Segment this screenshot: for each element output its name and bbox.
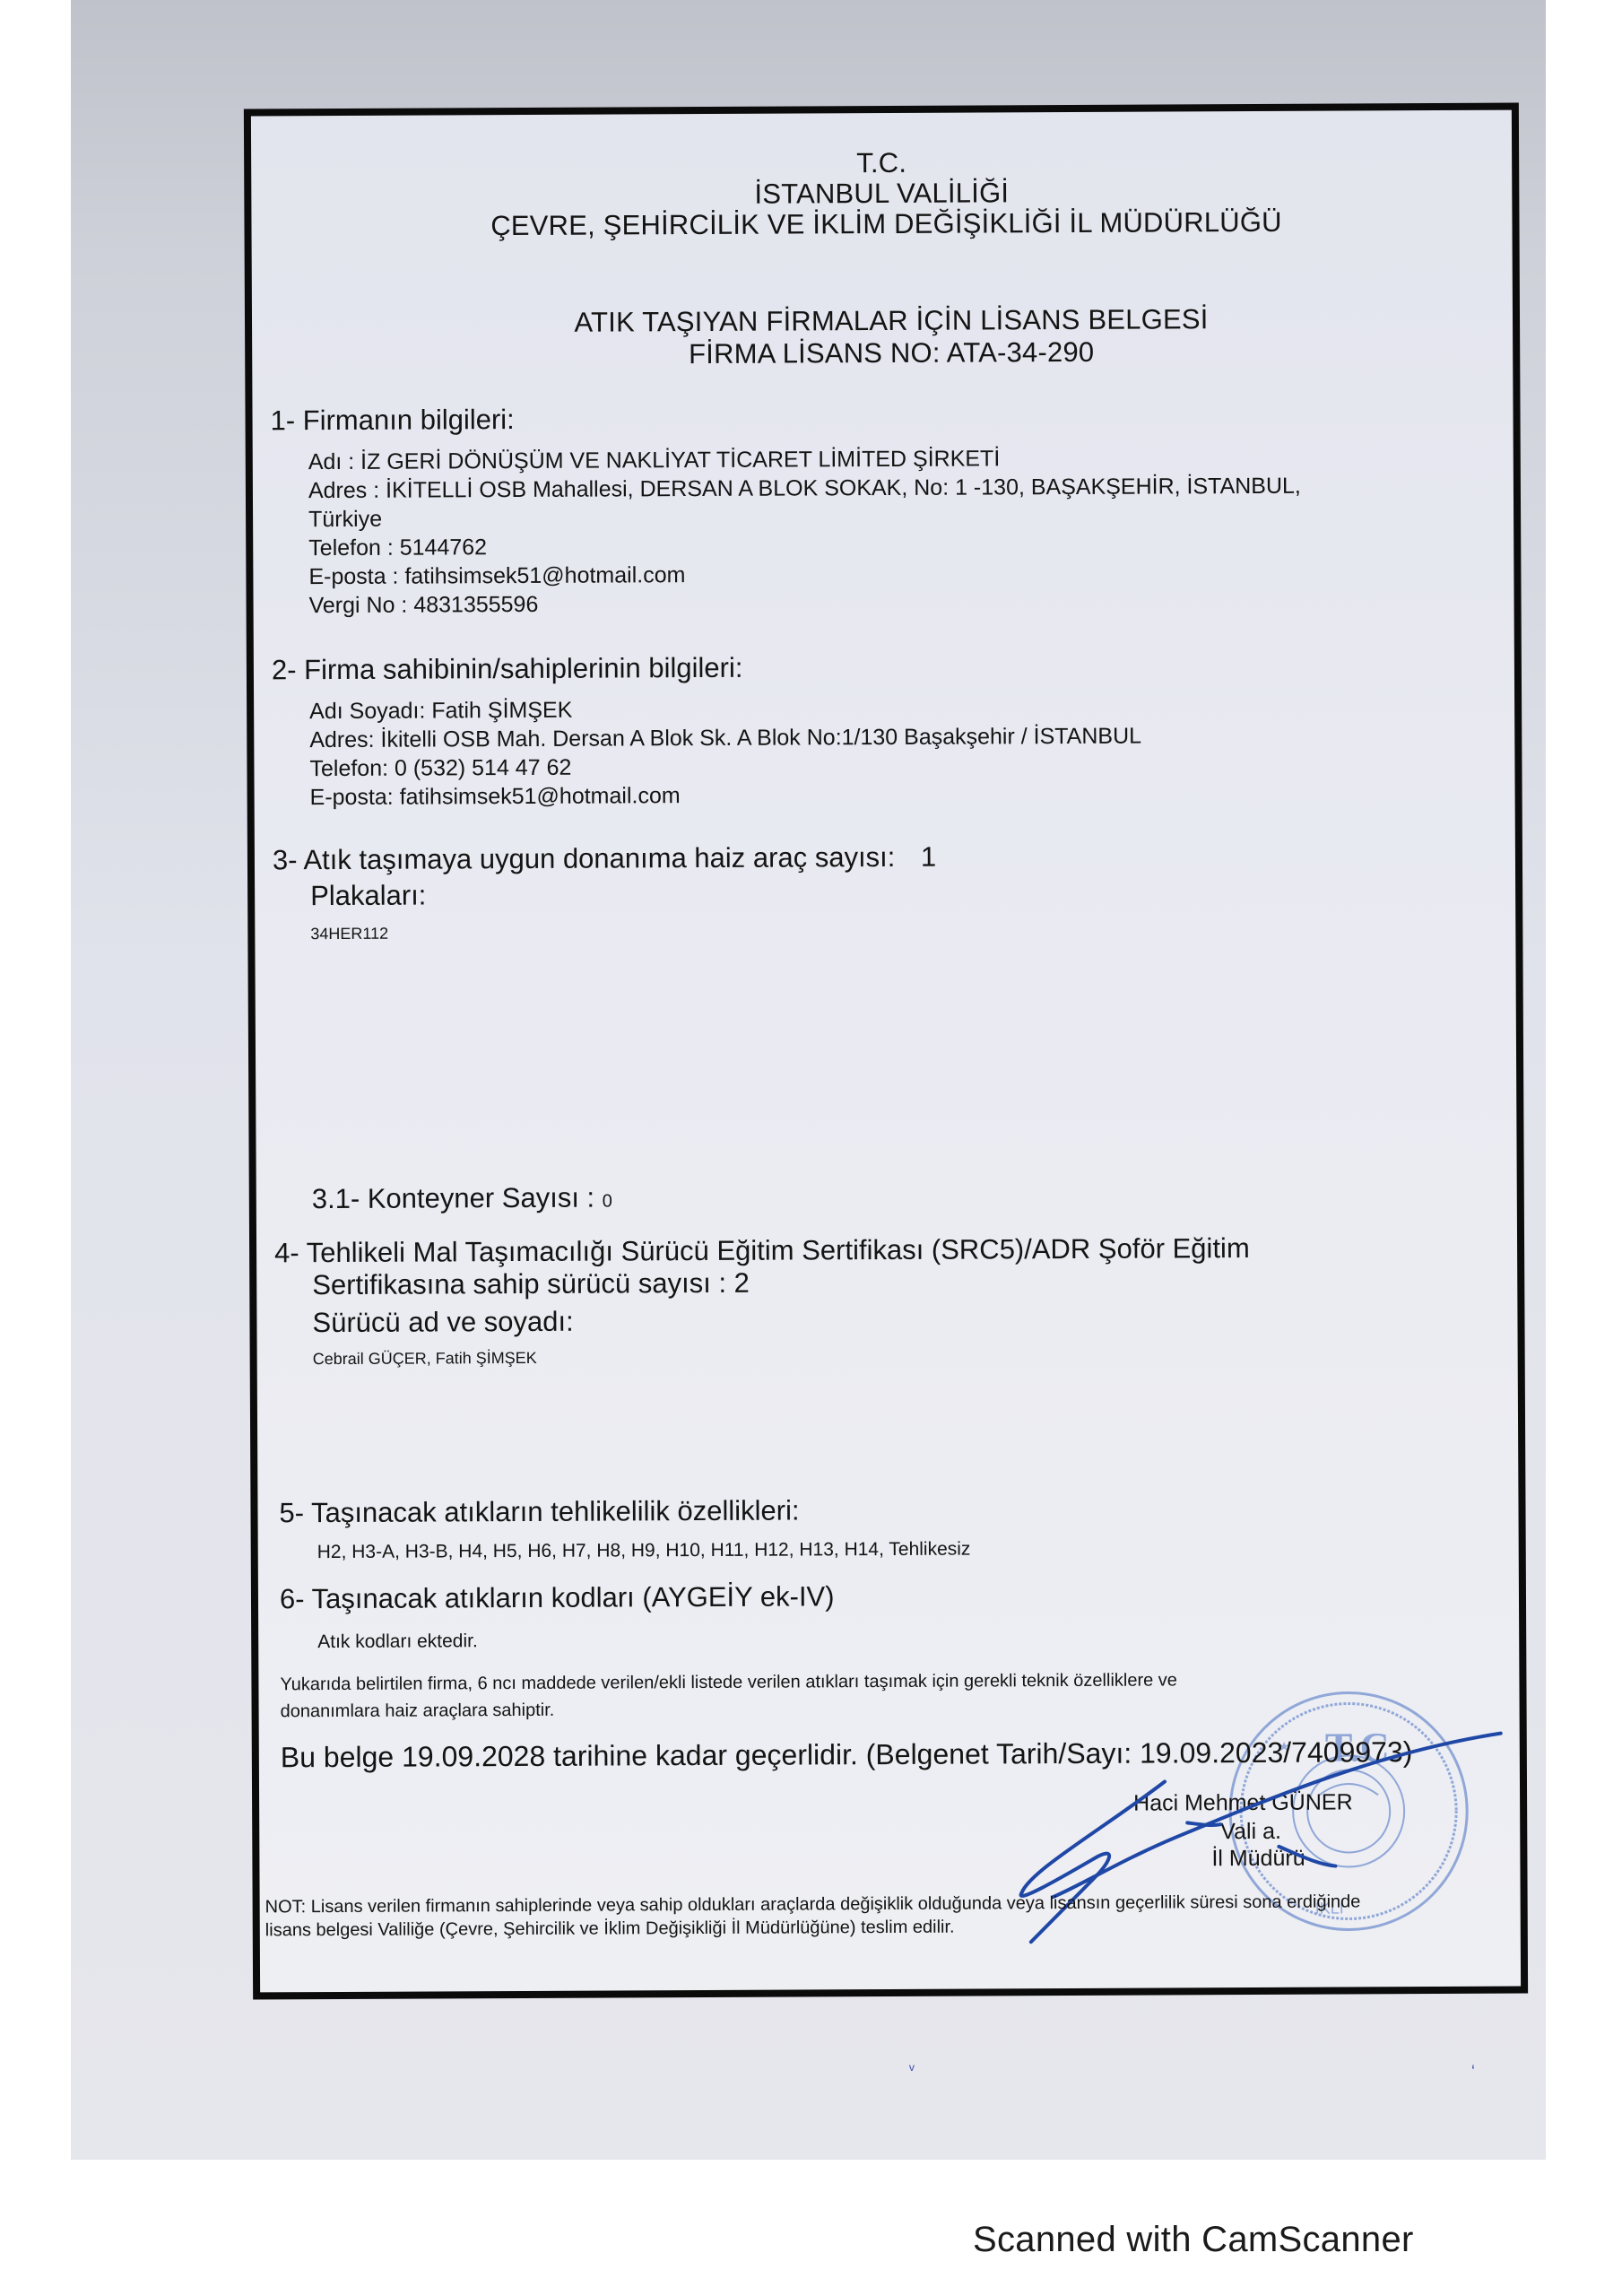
firm-name: Adı : İZ GERİ DÖNÜŞÜM VE NAKLİYAT TİCARE… [308,446,1001,475]
container-count-label: 3.1- Konteyner Sayısı : [312,1182,594,1215]
note-line1: NOT: Lisans verilen firmanın sahiplerind… [265,1892,1361,1918]
section4-heading-line2: Sertifikasına sahip sürücü sayısı : 2 [312,1267,750,1301]
drivers-label: Sürücü ad ve soyadı: [312,1306,573,1339]
section6-heading: 6- Taşınacak atıkların kodları (AYGEİY e… [280,1580,835,1615]
scanned-page: T.C. İSTANBUL VALİLİĞİ ÇEVRE, ŞEHİRCİLİK… [71,0,1546,2160]
owner-phone: Telefon: 0 (532) 514 47 62 [309,755,571,782]
ink-speck: ʻ [1471,2063,1475,2082]
vehicle-count-value: 1 [921,841,936,873]
firm-phone: Telefon : 5144762 [308,535,487,561]
drivers-names: Cebrail GÜÇER, Fatih ŞİMŞEK [313,1349,537,1369]
signatory-title-director: İl Müdürü [1211,1846,1305,1873]
header-directorate: ÇEVRE, ŞEHİRCİLİK VE İKLİM DEĞİŞİKLİĞİ İ… [260,205,1512,244]
note-line2: lisans belgesi Valiliğe (Çevre, Şehircil… [265,1918,955,1942]
owner-name: Adı Soyadı: Fatih ŞİMŞEK [309,698,572,725]
signatory-title-deputy: Vali a. [1220,1819,1281,1845]
container-count: 3.1- Konteyner Sayısı : 0 [312,1181,612,1215]
validity-statement: Bu belge 19.09.2028 tarihine kadar geçer… [281,1735,1413,1774]
owner-email: E-posta: fatihsimsek51@hotmail.com [310,783,681,811]
owner-address: Adres: İkitelli OSB Mah. Dersan A Blok S… [309,724,1141,754]
section3-heading: 3- Atık taşımaya uygun donanıma haiz ara… [273,841,936,877]
ink-speck: ᵥ [909,2056,915,2074]
vehicle-count-label: 3- Atık taşımaya uygun donanıma haiz ara… [273,841,896,875]
license-number: FİRMA LİSANS NO: ATA-34-290 [270,335,1513,373]
section2-heading: 2- Firma sahibinin/sahiplerinin bilgiler… [272,652,743,687]
section5-heading: 5- Taşınacak atıkların tehlikelilik özel… [279,1494,799,1529]
statement-line1: Yukarıda belirtilen firma, 6 ncı maddede… [280,1670,1177,1695]
plates-value: 34HER112 [310,925,388,944]
signatory-name: Haci Mehmet GÜNER [1133,1789,1353,1816]
section4-heading-line1: 4- Tehlikeli Mal Taşımacılığı Sürücü Eği… [274,1232,1250,1269]
firm-address: Adres : İKİTELLİ OSB Mahallesi, DERSAN A… [308,474,1301,504]
container-count-value: 0 [603,1191,612,1211]
firm-email: E-posta : fatihsimsek51@hotmail.com [308,562,685,590]
section1-heading: 1- Firmanın bilgileri: [270,404,514,437]
firm-tax-number: Vergi No : 4831355596 [308,592,538,619]
hazard-properties: H2, H3-A, H3-B, H4, H5, H6, H7, H8, H9, … [317,1539,971,1564]
statement-line2: donanımlara haiz araçlara sahiptir. [281,1700,555,1722]
plates-label: Plakaları: [310,880,426,913]
firm-address-country: Türkiye [308,507,382,533]
waste-codes: Atık kodları ektedir. [317,1631,478,1653]
camscanner-watermark: Scanned with CamScanner [973,2220,1414,2260]
document-border-frame: T.C. İSTANBUL VALİLİĞİ ÇEVRE, ŞEHİRCİLİK… [244,103,1528,2000]
